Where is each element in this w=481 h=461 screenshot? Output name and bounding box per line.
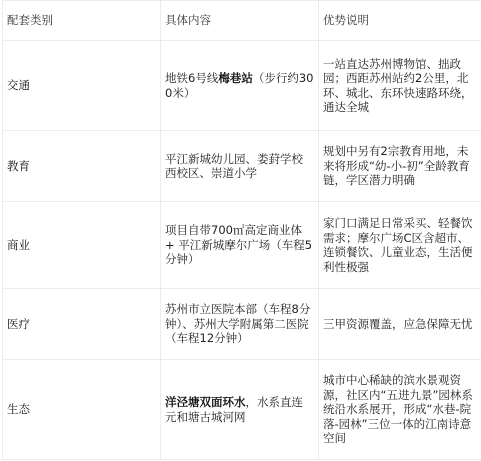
table-header-row: 配套类别 具体内容 优势说明 (3, 1, 481, 41)
content-cell: 洋泾塘双面环水，水系直连元和塘古城河网 (161, 360, 319, 460)
category-cell: 教育 (3, 131, 161, 202)
content-cell: 平江新城幼儿园、娄葑学校西校区、崇道小学 (161, 131, 319, 202)
advantage-cell: 规划中另有2宗教育用地，未来将形成“幼-小-初”全龄教育链，学区潜力明确 (319, 131, 481, 202)
category-cell: 交通 (3, 41, 161, 131)
header-category: 配套类别 (3, 1, 161, 41)
advantage-cell: 三甲资源覆盖，应急保障无忧 (319, 289, 481, 360)
advantage-cell: 一站直达苏州博物馆、拙政园；西距苏州站约2公里，北环、城北、东环快速路环绕，通达… (319, 41, 481, 131)
content-cell: 苏州市立医院本部（车程8分钟）、苏州大学附属第二医院（车程12分钟） (161, 289, 319, 360)
content-text: 地铁6号线 (165, 71, 218, 85)
content-cell: 项目自带700㎡高定商业体 + 平江新城摩尔广场（车程5分钟） (161, 202, 319, 289)
amenities-table: 配套类别 具体内容 优势说明 交通 地铁6号线梅巷站（步行约300米） 一站直达… (2, 0, 481, 460)
content-text: 苏州市立医院本部（车程8分钟）、苏州大学附属第二医院（车程12分钟） (165, 302, 310, 345)
content-text: 项目自带700㎡高定商业体 + 平江新城摩尔广场（车程5分钟） (165, 223, 312, 266)
header-advantage: 优势说明 (319, 1, 481, 41)
table-row-commerce: 商业 项目自带700㎡高定商业体 + 平江新城摩尔广场（车程5分钟） 家门口满足… (3, 202, 481, 289)
content-text: 平江新城幼儿园、娄葑学校西校区、崇道小学 (165, 152, 303, 181)
category-cell: 生态 (3, 360, 161, 460)
table-row-transport: 交通 地铁6号线梅巷站（步行约300米） 一站直达苏州博物馆、拙政园；西距苏州站… (3, 41, 481, 131)
content-cell: 地铁6号线梅巷站（步行约300米） (161, 41, 319, 131)
content-highlight: 洋泾塘双面环水 (165, 395, 246, 409)
category-cell: 商业 (3, 202, 161, 289)
advantage-cell: 城市中心稀缺的滨水景观资源，社区内“五进九景”园林系统沿水系展开，形成“水巷-院… (319, 360, 481, 460)
header-content: 具体内容 (161, 1, 319, 41)
table-row-education: 教育 平江新城幼儿园、娄葑学校西校区、崇道小学 规划中另有2宗教育用地，未来将形… (3, 131, 481, 202)
table-row-ecology: 生态 洋泾塘双面环水，水系直连元和塘古城河网 城市中心稀缺的滨水景观资源，社区内… (3, 360, 481, 460)
advantage-cell: 家门口满足日常采买、轻餐饮需求；摩尔广场C区含超市、连锁餐饮、儿童业态，生活便利… (319, 202, 481, 289)
table-row-medical: 医疗 苏州市立医院本部（车程8分钟）、苏州大学附属第二医院（车程12分钟） 三甲… (3, 289, 481, 360)
category-cell: 医疗 (3, 289, 161, 360)
content-highlight: 梅巷站 (218, 71, 253, 85)
